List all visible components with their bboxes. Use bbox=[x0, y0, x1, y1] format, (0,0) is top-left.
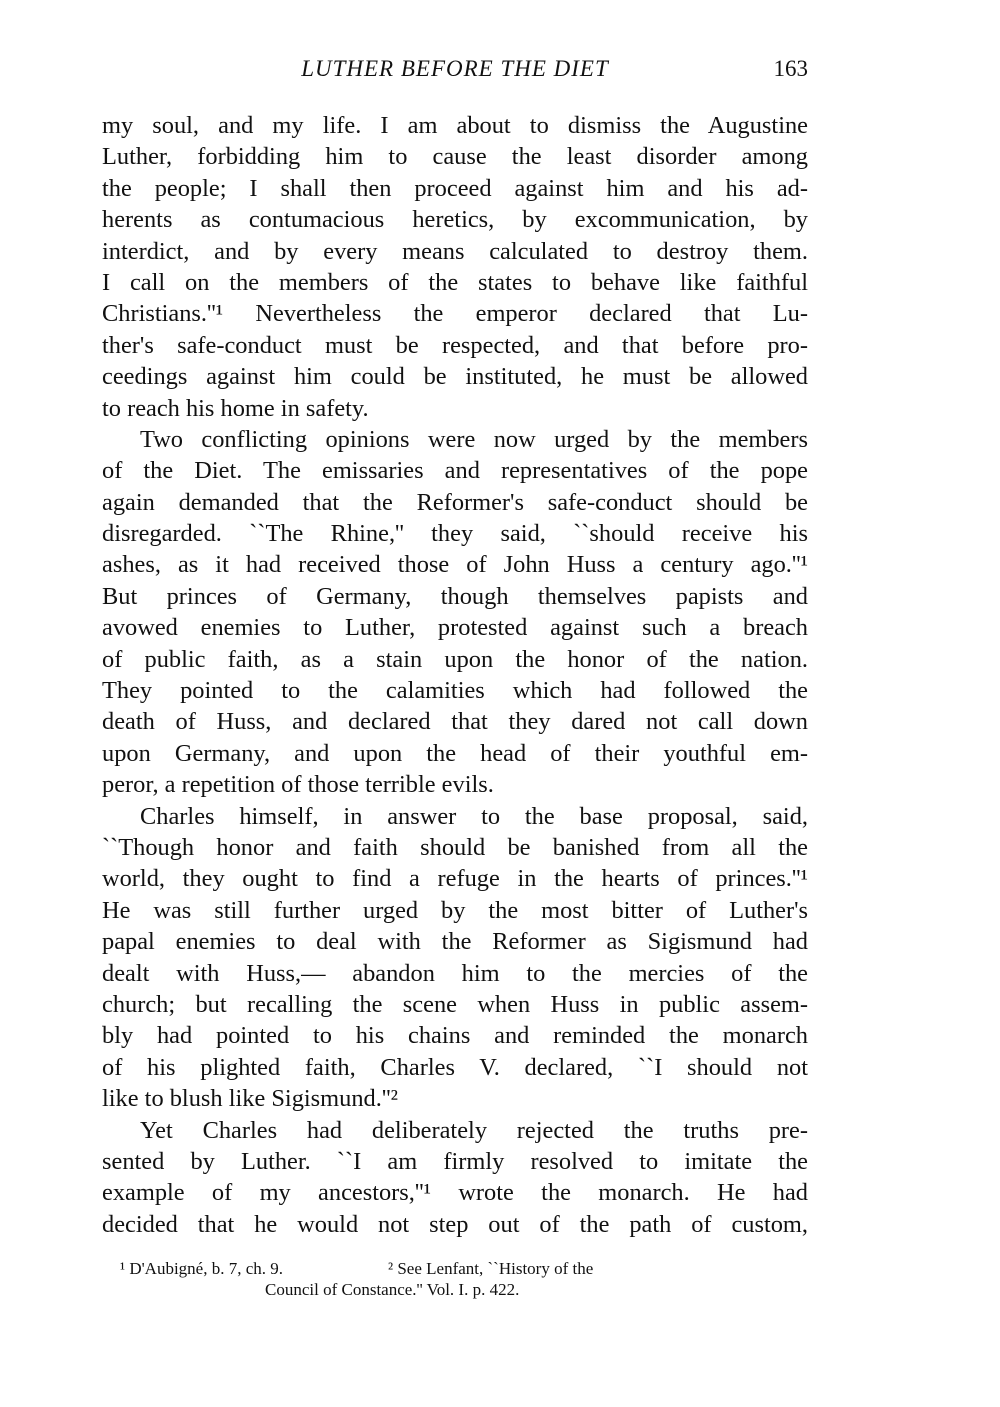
text-line: decided that he would not step out of th… bbox=[102, 1209, 808, 1240]
page-header: LUTHER BEFORE THE DIET 163 bbox=[102, 56, 808, 86]
text-line: disregarded. ``The Rhine,'' they said, `… bbox=[102, 518, 808, 549]
text-line: I call on the members of the states to b… bbox=[102, 267, 808, 298]
text-line: world, they ought to find a refuge in th… bbox=[102, 863, 808, 894]
text-line: ashes, as it had received those of John … bbox=[102, 549, 808, 580]
text-line: ``Though honor and faith should be banis… bbox=[102, 832, 808, 863]
text-line: of his plighted faith, Charles V. declar… bbox=[102, 1052, 808, 1083]
text-line: Two conflicting opinions were now urged … bbox=[102, 424, 808, 455]
text-line: sented by Luther. ``I am firmly resolved… bbox=[102, 1146, 808, 1177]
text-line: again demanded that the Reformer's safe-… bbox=[102, 487, 808, 518]
footnotes: ¹ D'Aubigné, b. 7, ch. 9. ² See Lenfant,… bbox=[102, 1258, 808, 1300]
text-line: interdict, and by every means calculated… bbox=[102, 236, 808, 267]
text-line: Yet Charles had deliberately rejected th… bbox=[102, 1115, 808, 1146]
text-line: of the Diet. The emissaries and represen… bbox=[102, 455, 808, 486]
footnote-1: ¹ D'Aubigné, b. 7, ch. 9. bbox=[102, 1258, 370, 1279]
text-line: upon Germany, and upon the head of their… bbox=[102, 738, 808, 769]
text-line: He was still further urged by the most b… bbox=[102, 895, 808, 926]
text-line: my soul, and my life. I am about to dism… bbox=[102, 110, 808, 141]
text-line: peror, a repetition of those terrible ev… bbox=[102, 769, 808, 800]
text-line: avowed enemies to Luther, protested agai… bbox=[102, 612, 808, 643]
text-line: papal enemies to deal with the Reformer … bbox=[102, 926, 808, 957]
footnote-2: ² See Lenfant, ``History of the bbox=[370, 1258, 593, 1279]
text-line: to reach his home in safety. bbox=[102, 393, 808, 424]
text-line: ther's safe-conduct must be respected, a… bbox=[102, 330, 808, 361]
text-line: They pointed to the calamities which had… bbox=[102, 675, 808, 706]
text-line: bly had pointed to his chains and remind… bbox=[102, 1020, 808, 1051]
text-line: Charles himself, in answer to the base p… bbox=[102, 801, 808, 832]
text-line: example of my ancestors,''¹ wrote the mo… bbox=[102, 1177, 808, 1208]
text-line: the people; I shall then proceed against… bbox=[102, 173, 808, 204]
text-line: Luther, forbidding him to cause the leas… bbox=[102, 141, 808, 172]
footnote-2-continued: Council of Constance.'' Vol. I. p. 422. bbox=[102, 1279, 808, 1300]
text-line: dealt with Huss,— abandon him to the mer… bbox=[102, 958, 808, 989]
text-line: herents as contumacious heretics, by exc… bbox=[102, 204, 808, 235]
running-title: LUTHER BEFORE THE DIET bbox=[102, 56, 808, 82]
body-text: my soul, and my life. I am about to dism… bbox=[102, 110, 808, 1240]
page-number: 163 bbox=[774, 56, 809, 82]
text-line: Christians.''¹ Nevertheless the emperor … bbox=[102, 298, 808, 329]
text-line: But princes of Germany, though themselve… bbox=[102, 581, 808, 612]
text-line: like to blush like Sigismund.''² bbox=[102, 1083, 808, 1114]
text-line: death of Huss, and declared that they da… bbox=[102, 706, 808, 737]
text-line: ceedings against him could be instituted… bbox=[102, 361, 808, 392]
text-line: of public faith, as a stain upon the hon… bbox=[102, 644, 808, 675]
text-line: church; but recalling the scene when Hus… bbox=[102, 989, 808, 1020]
